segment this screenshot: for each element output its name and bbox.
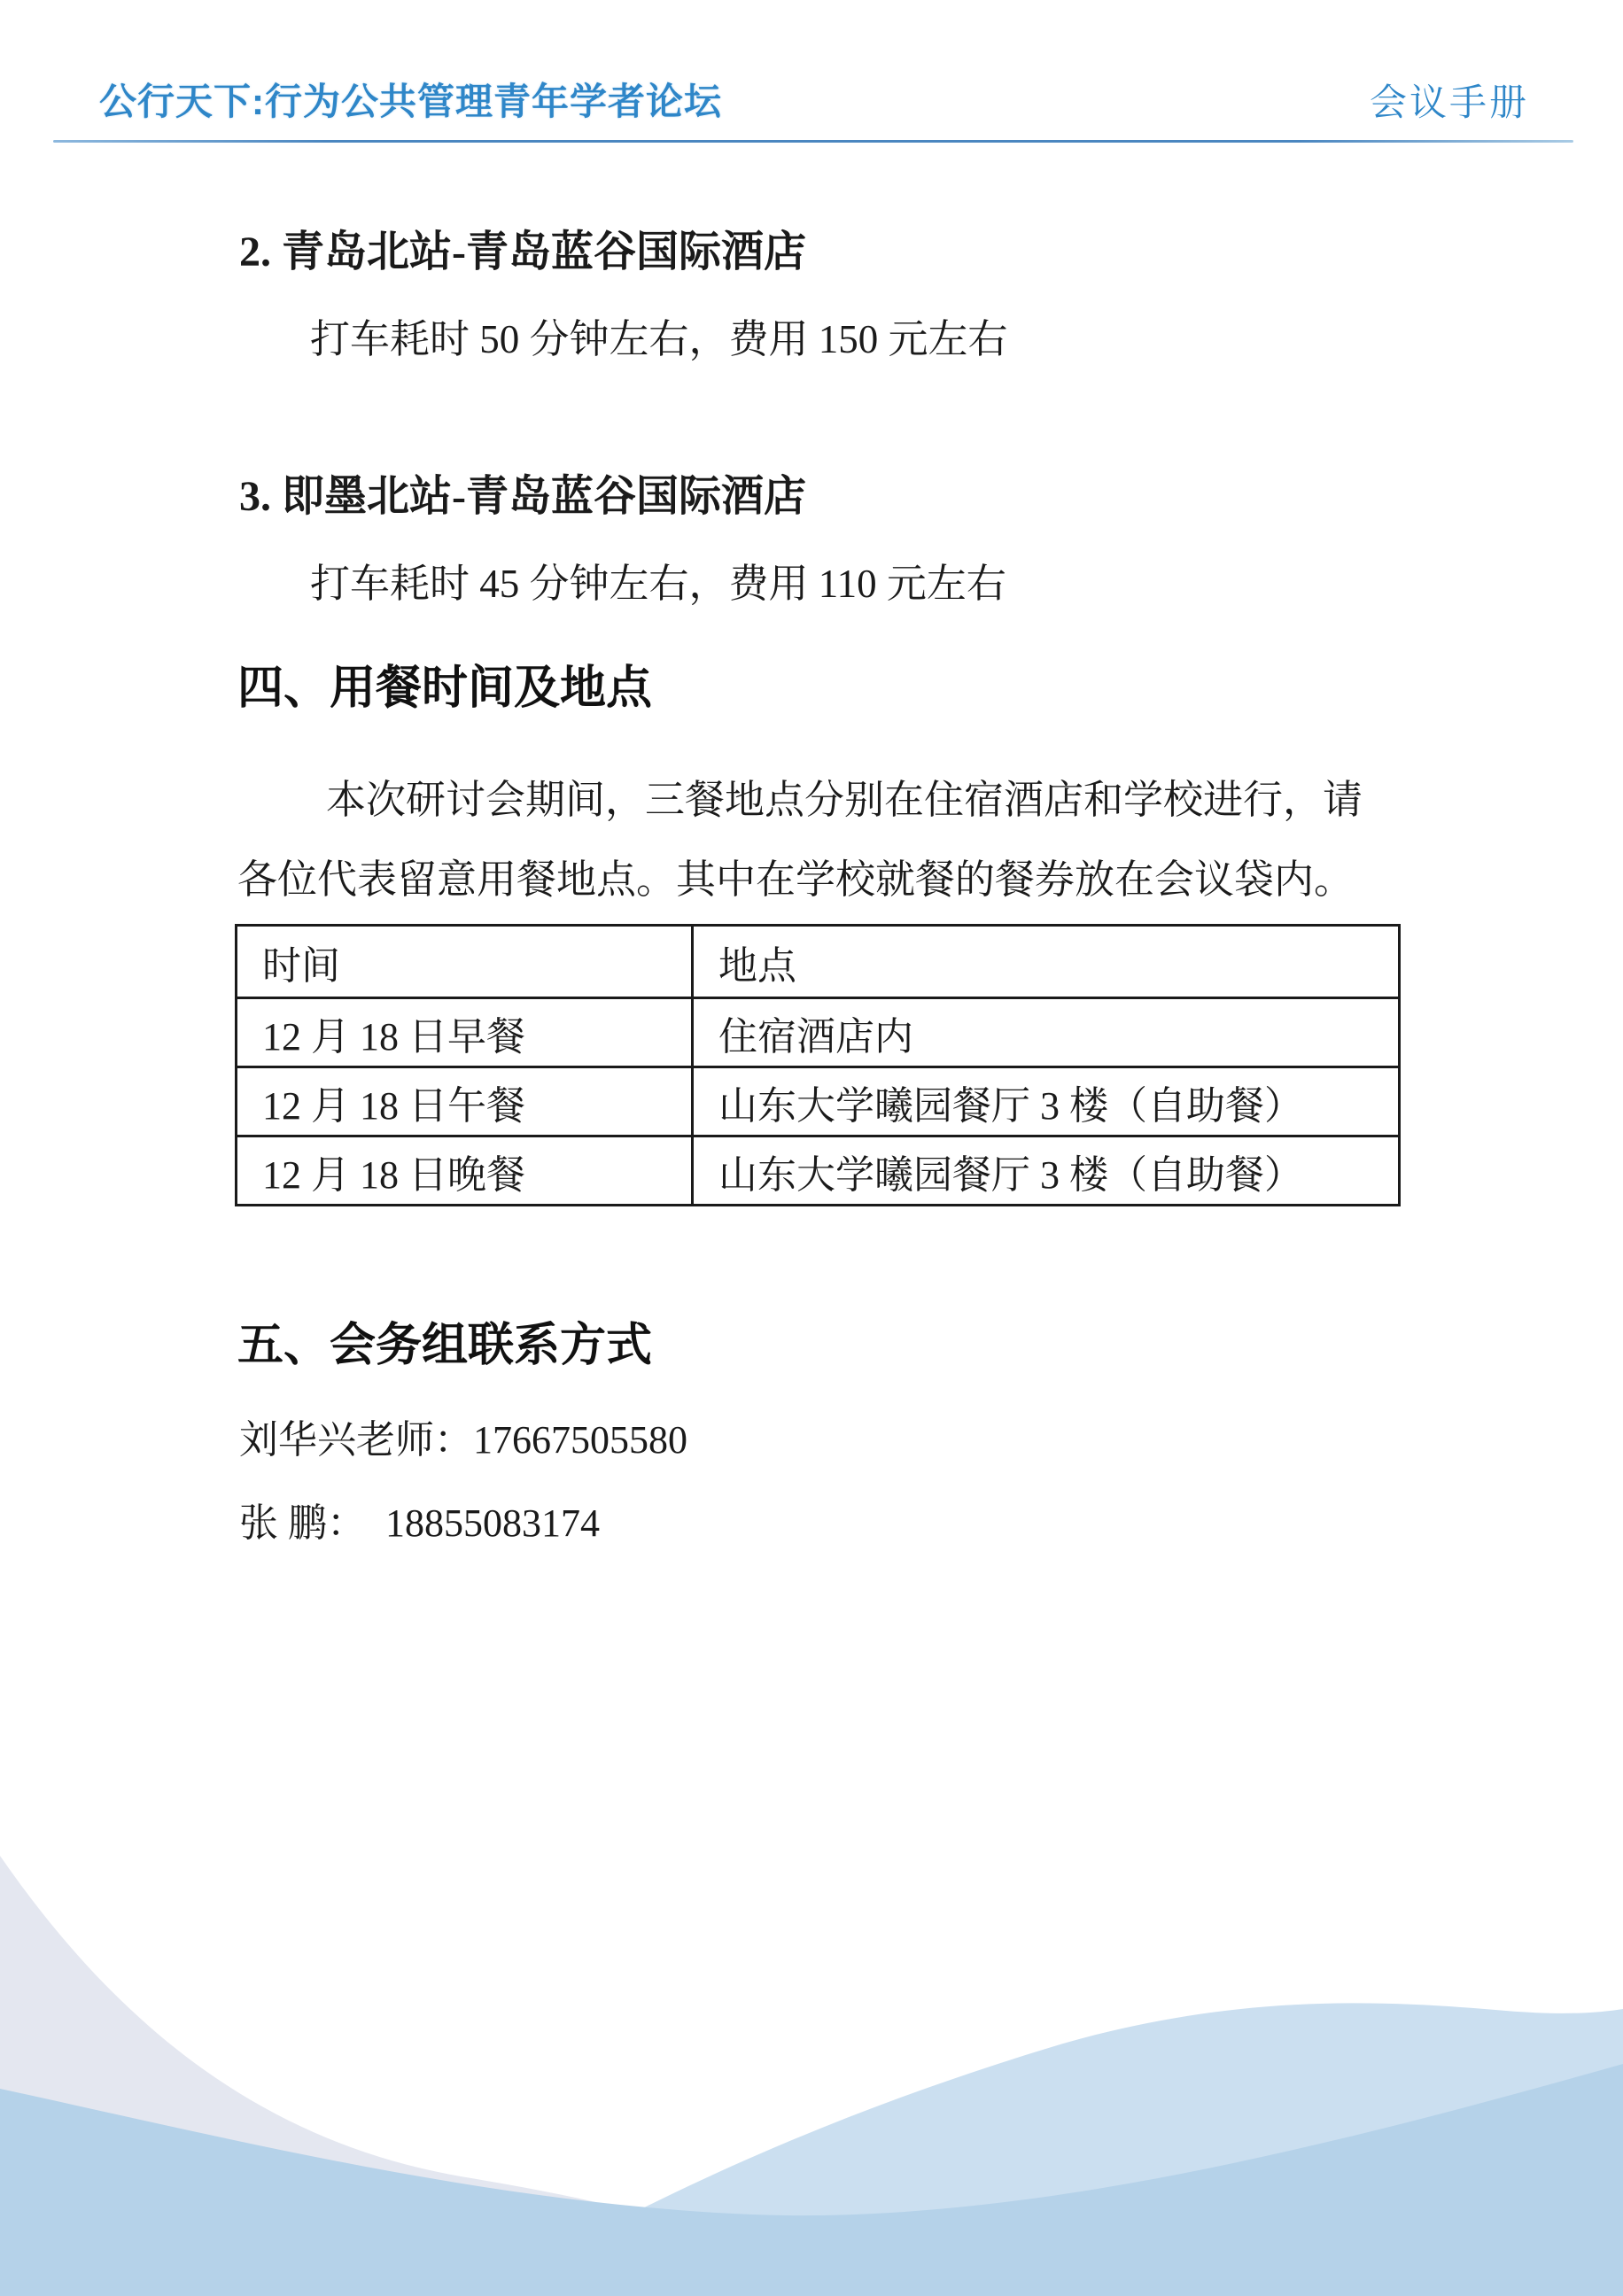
table-header-cell-time: 时间	[237, 926, 693, 998]
manual-page: 公行天下:行为公共管理青年学者论坛 会议手册 2. 青岛北站-青岛蓝谷国际酒店 …	[0, 0, 1623, 2296]
table-cell-time: 12 月 18 日午餐	[237, 1067, 693, 1136]
contact-line-zhang: 张 鹏： 18855083174	[239, 1501, 600, 1547]
table-header-row: 时间 地点	[237, 926, 1400, 998]
table-row-lunch: 12 月 18 日午餐 山东大学曦园餐厅 3 楼（自助餐）	[237, 1067, 1400, 1136]
header-forum-title: 公行天下:行为公共管理青年学者论坛	[99, 81, 722, 122]
dining-paragraph-line-1: 本次研讨会期间，三餐地点分别在住宿酒店和学校进行，请	[326, 776, 1363, 824]
route-title-jimo-north: 3. 即墨北站-青岛蓝谷国际酒店	[239, 471, 806, 523]
table-cell-time: 12 月 18 日晚餐	[237, 1136, 693, 1206]
table-header-cell-location: 地点	[693, 926, 1400, 998]
table-cell-location: 住宿酒店内	[693, 998, 1400, 1067]
route-detail-qingdao-north: 打车耗时 50 分钟左右，费用 150 元左右	[310, 315, 1008, 363]
table-row-breakfast: 12 月 18 日早餐 住宿酒店内	[237, 998, 1400, 1067]
contact-line-liu: 刘华兴老师：17667505580	[239, 1417, 687, 1464]
contact-section-heading: 五、会务组联系方式	[237, 1318, 652, 1373]
table-cell-time: 12 月 18 日早餐	[237, 998, 693, 1067]
table-cell-location: 山东大学曦园餐厅 3 楼（自助餐）	[693, 1067, 1400, 1136]
table-row-dinner: 12 月 18 日晚餐 山东大学曦园餐厅 3 楼（自助餐）	[237, 1136, 1400, 1206]
header-divider	[53, 140, 1573, 143]
dining-paragraph-line-2: 各位代表留意用餐地点。其中在学校就餐的餐券放在会议袋内。	[237, 856, 1354, 904]
table-cell-location: 山东大学曦园餐厅 3 楼（自助餐）	[693, 1136, 1400, 1206]
route-title-qingdao-north: 2. 青岛北站-青岛蓝谷国际酒店	[239, 227, 806, 278]
header-manual-label: 会议手册	[1370, 83, 1529, 124]
footer-wave-graphic	[0, 1765, 1623, 2296]
meal-schedule-table: 时间 地点 12 月 18 日早餐 住宿酒店内 12 月 18 日午餐 山东大学…	[235, 924, 1401, 1206]
dining-section-heading: 四、用餐时间及地点	[237, 661, 652, 716]
route-detail-jimo-north: 打车耗时 45 分钟左右，费用 110 元左右	[310, 560, 1006, 608]
